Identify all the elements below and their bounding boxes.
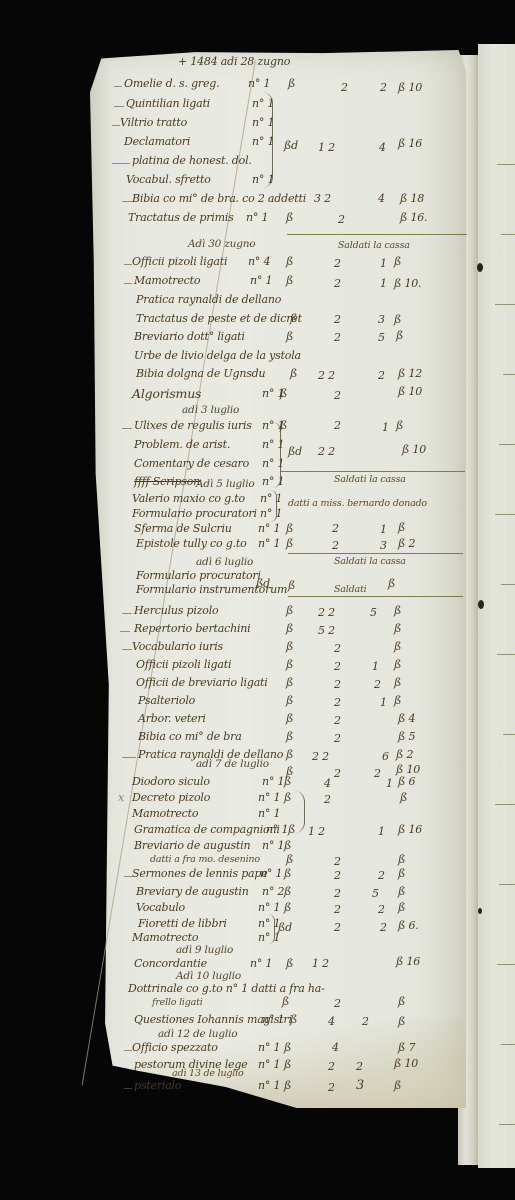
entry-title: Decreto pizolo <box>132 792 210 804</box>
entry-amount: 1 2 <box>312 958 329 970</box>
entry-mark: ß <box>286 212 293 224</box>
entry-amount: ß 16 <box>398 824 422 836</box>
entry-mark: ß <box>286 538 293 550</box>
entry-title: Mamotrecto <box>132 808 198 820</box>
entry-amount: 2 <box>334 870 341 882</box>
section-heading: adì 7 de luglio <box>196 758 269 770</box>
entry-mark: ß <box>284 776 291 788</box>
entry-amount: 2 <box>334 904 341 916</box>
entry-title: Algorismus <box>132 388 201 400</box>
entry-title: psterialo <box>134 1080 181 1092</box>
entry-amount: 1 <box>386 778 393 790</box>
grouping-bracket <box>270 490 277 522</box>
entry-title: Ulixes de regulis iuris <box>134 420 252 432</box>
entry-amount: 4 <box>324 778 331 790</box>
binding-hole <box>477 263 483 272</box>
section-rule <box>280 471 465 472</box>
section-heading: adì 3 luglio <box>182 404 239 416</box>
entry-amount: ß 10 <box>402 444 426 456</box>
entry-amount: ß <box>398 868 405 880</box>
entry-qty: n° 1 <box>262 1014 284 1026</box>
entry-amount: ß 7 <box>398 1042 415 1054</box>
entry-amount: ß 10 <box>398 386 422 398</box>
entry-mark: ß <box>286 256 293 268</box>
entry-qty: n° 1 <box>262 840 284 852</box>
entry-mark: ß <box>290 1014 297 1026</box>
entry-amount: ß <box>394 677 401 689</box>
entry-amount: ß <box>394 605 401 617</box>
entry-title: Omelie d. s. greg. <box>124 78 219 90</box>
entry-title: Psalteriolo <box>138 695 195 707</box>
section-heading: adì 13 de luglio <box>172 1068 243 1080</box>
entry-qty: n° 2 <box>262 886 284 898</box>
entry-amount: 3 <box>380 540 387 552</box>
entry-amount: ß <box>394 314 401 326</box>
section-heading: adì 9 luglio <box>176 944 233 956</box>
entry-note: Saldati <box>334 584 366 596</box>
entry-amount: 2 2 <box>318 607 335 619</box>
entry-qty: n° 1 <box>258 902 280 914</box>
entry-amount: ß 10 <box>394 1058 418 1070</box>
entry-mark: ß <box>288 78 295 90</box>
entry-amount: ß <box>394 256 401 268</box>
entry-amount: 4 <box>328 1016 335 1028</box>
entry-mark: ß <box>284 1080 291 1092</box>
entry-mark: ß <box>286 731 293 743</box>
entry-amount: 3 <box>378 314 385 326</box>
entry-title: Arbor. veteri <box>138 713 206 725</box>
entry-amount: 2 <box>334 679 341 691</box>
entry-title: Diodoro siculo <box>132 776 210 788</box>
entry-mark: ß <box>284 840 291 852</box>
entry-mark: ß <box>280 388 287 400</box>
entry-qty: n° 1 <box>248 78 270 90</box>
entry-amount: 4 <box>332 1042 339 1054</box>
entry-qty: n° 1 <box>258 1042 280 1054</box>
entry-title: Officii pizoli ligati <box>136 659 231 671</box>
entry-amount: 2 <box>374 679 381 691</box>
entry-mark: ß <box>286 641 293 653</box>
entry-amount: 1 2 <box>308 826 325 838</box>
entry-title: Breviary de augustin <box>136 886 249 898</box>
entry-amount: 2 <box>334 332 341 344</box>
entry-title: Viltrio tratto <box>120 117 187 129</box>
entry-title: Quintilian ligati <box>126 98 210 110</box>
section-heading: adì 12 de luglio <box>158 1028 237 1040</box>
entry-amount: 4 <box>378 193 385 205</box>
entry-amount: 2 2 <box>318 370 335 382</box>
entry-title: Sermones de lennis pape <box>132 868 268 880</box>
entry-amount: ß <box>398 996 405 1008</box>
entry-amount: 2 <box>328 1061 335 1073</box>
entry-amount: 2 2 <box>312 751 329 763</box>
entry-amount: ß <box>398 1016 405 1028</box>
entry-mark: ß <box>284 1059 291 1071</box>
grouping-bracket <box>268 914 275 944</box>
entry-amount: 2 <box>356 1061 363 1073</box>
entry-amount: ß <box>398 522 405 534</box>
entry-qty: n° 1 <box>258 1080 280 1092</box>
entry-mark: ß <box>290 368 297 380</box>
entry-title: Valerio maxio co g.to <box>132 493 245 505</box>
section-heading: Adì 5 luglio <box>196 478 255 490</box>
entry-title: Epistole tully co g.to <box>136 538 247 550</box>
entry-mark: ßd <box>288 446 302 458</box>
entry-qty: n° 1 <box>258 792 280 804</box>
column-note: Saldati la cassa <box>334 474 406 486</box>
entry-mark: ß <box>286 605 293 617</box>
entry-amount: 3 <box>356 1080 364 1092</box>
entry-amount: 6 <box>382 751 389 763</box>
entry-amount: 1 <box>380 258 387 270</box>
entry-amount: 5 <box>370 607 377 619</box>
entry-amount: 2 <box>332 540 339 552</box>
entry-amount: ß 6 <box>398 776 415 788</box>
entry-title: Vocabul. sfretto <box>126 174 211 186</box>
section-rule <box>288 553 463 554</box>
section-rule <box>287 234 467 235</box>
entry-amount: 1 <box>372 661 379 673</box>
entry-title: frello ligati <box>152 997 203 1009</box>
entry-amount: 5 2 <box>318 625 335 637</box>
entry-title: Urbe de livio delga de la ystola <box>134 350 301 362</box>
entry-title: Pratica raynaldi de dellano <box>136 294 281 306</box>
entry-qty: n° 1 <box>250 275 272 287</box>
entry-amount: 1 <box>378 826 385 838</box>
entry-qty: n° 1 <box>262 776 284 788</box>
entry-mark: ßd <box>256 578 270 590</box>
entry-amount: ß <box>398 854 405 866</box>
entry-qty: n° 1 <box>258 1059 280 1071</box>
entry-title: Declamatori <box>124 136 190 148</box>
entry-mark: ß <box>284 902 291 914</box>
entry-amount: 2 <box>334 922 341 934</box>
entry-amount: 2 2 <box>318 446 335 458</box>
entry-amount: ß 2 <box>398 538 415 550</box>
column-note: Saldati la cassa <box>334 556 406 568</box>
entry-amount: 2 <box>334 768 341 780</box>
entry-mark: ß <box>288 580 295 592</box>
entry-amount: ß <box>398 902 405 914</box>
entry-amount: ß <box>398 886 405 898</box>
entry-amount: 5 <box>372 888 379 900</box>
entry-title: Bibia co mi° de bra. co 2 addetti <box>132 193 306 205</box>
entry-amount: ß 18 <box>400 193 424 205</box>
entry-amount: ß <box>400 792 407 804</box>
entry-mark: ß <box>286 854 293 866</box>
margin-cross-mark: x <box>118 792 124 804</box>
section-rule <box>288 596 463 597</box>
entry-amount: ß <box>396 330 403 342</box>
entry-amount: 2 <box>328 1082 335 1094</box>
entry-title: Breviario dott° ligati <box>134 331 245 343</box>
entry-amount: ß <box>394 641 401 653</box>
entry-title: Gramatica de compagnioni <box>134 824 280 836</box>
entry-amount: 2 <box>341 82 348 94</box>
entry-amount: ß 16 <box>398 138 422 150</box>
entry-amount: ß 2 <box>396 749 413 761</box>
entry-title: Mamotrecto <box>132 932 198 944</box>
entry-amount: 2 <box>334 661 341 673</box>
binding-hole <box>478 600 484 609</box>
entry-amount: ß <box>396 420 403 432</box>
entry-amount: 2 <box>334 258 341 270</box>
entry-amount: 2 <box>334 697 341 709</box>
entry-title: datti a fra mo. desenino <box>150 854 260 866</box>
entry-amount: ß 6. <box>398 920 419 932</box>
entry-amount: 2 <box>334 715 341 727</box>
entry-mark: ßd <box>284 140 298 152</box>
entry-amount: ß 10 <box>398 82 422 94</box>
entry-amount: 2 <box>334 643 341 655</box>
entry-mark: ß <box>282 996 289 1008</box>
entry-amount: ß <box>394 623 401 635</box>
entry-amount: 2 <box>334 420 341 432</box>
entry-amount: ß 16 <box>396 956 420 968</box>
entry-title: Sferma de Sulcriu <box>134 523 232 535</box>
entry-amount: 2 <box>380 82 387 94</box>
entry-title: Breviario de augustin <box>134 840 250 852</box>
section-heading: Adì 10 luglio <box>176 970 241 982</box>
entry-amount: 2 <box>324 794 331 806</box>
entry-title: Problem. de arist. <box>134 439 230 451</box>
entry-mark: ß <box>286 749 293 761</box>
entry-amount: ß <box>394 695 401 707</box>
entry-mark: ß <box>290 313 297 325</box>
entry-note: datti a miss. bernardo donado <box>288 498 427 510</box>
entry-qty: n° 1 <box>258 523 280 535</box>
entry-title: Vocabulo <box>136 902 185 914</box>
entry-title: Tractatus de peste et de dicret <box>136 313 302 325</box>
entry-amount: 2 <box>380 922 387 934</box>
entry-amount: 2 <box>378 870 385 882</box>
entry-qty: n° 1 <box>250 958 272 970</box>
entry-amount: ß 10. <box>394 278 421 290</box>
entry-mark: ß <box>286 523 293 535</box>
entry-qty: n° 1 <box>258 538 280 550</box>
entry-amount: ß <box>394 1080 401 1092</box>
section-heading: adì 6 luglio <box>196 556 253 568</box>
entry-mark: ß <box>286 713 293 725</box>
entry-mark: ß <box>286 275 293 287</box>
entry-amount: 2 <box>334 314 341 326</box>
entry-amount: 2 <box>334 856 341 868</box>
entry-mark: ß <box>284 792 291 804</box>
grouping-bracket <box>292 790 305 834</box>
binding-hole <box>478 908 482 914</box>
entry-title: Officii pizoli ligati <box>132 256 227 268</box>
entry-title: Mamotrecto <box>134 275 200 287</box>
entry-mark: ß <box>284 886 291 898</box>
section-heading: Adì 30 zugno <box>188 238 255 250</box>
entry-amount: ß 12 <box>398 368 422 380</box>
entry-amount: 2 <box>378 904 385 916</box>
entry-amount: 5 <box>378 332 385 344</box>
entry-title: Officii de breviario ligati <box>136 677 268 689</box>
entry-mark: ß <box>280 420 287 432</box>
entry-amount: 2 <box>334 278 341 290</box>
entry-amount: ß 5 <box>398 731 415 743</box>
entry-amount: 4 <box>379 142 386 154</box>
entry-title: Repertorio bertachini <box>134 623 251 635</box>
entry-amount: 2 <box>338 214 345 226</box>
entry-amount: ß 4 <box>398 713 415 725</box>
entry-mark: ß <box>286 331 293 343</box>
entry-title: Formulario procuratori <box>132 508 257 520</box>
entry-amount: 2 <box>334 733 341 745</box>
entry-title: Tractatus de primis <box>128 212 234 224</box>
entry-amount: 1 <box>380 278 387 290</box>
entry-amount: 1 <box>380 524 387 536</box>
entry-title: Herculus pizolo <box>134 605 218 617</box>
entry-mark: ß <box>286 623 293 635</box>
grouping-bracket <box>262 92 273 188</box>
entry-title: Vocabulario iuris <box>132 641 223 653</box>
entry-qty: n° 1 <box>260 868 282 880</box>
entry-qty: n° 1 <box>266 824 288 836</box>
entry-mark: ß <box>286 695 293 707</box>
entry-amount: 2 <box>374 768 381 780</box>
entry-mark: ß <box>286 677 293 689</box>
entry-mark: ß <box>284 868 291 880</box>
entry-amount: ß <box>394 659 401 671</box>
entry-title: Bibia co mi° de bra <box>138 731 242 743</box>
entry-title: Fioretti de libbri <box>138 918 227 930</box>
entry-amount: 2 <box>362 1016 369 1028</box>
page-header: + 1484 adi 28 zugno <box>178 56 290 68</box>
entry-title: Formulario procuratori <box>136 570 261 582</box>
entry-mark: ß <box>286 958 293 970</box>
entry-amount: 2 <box>334 888 341 900</box>
entry-title-struck: ffff Scripson <box>134 476 200 488</box>
grouping-bracket <box>272 422 281 488</box>
entry-title: Comentary de cesaro <box>134 458 249 470</box>
entry-amount: 1 <box>382 422 389 434</box>
entry-amount: 2 <box>334 998 341 1010</box>
entry-title: Concordantie <box>134 958 207 970</box>
entry-amount: 3 2 <box>314 193 331 205</box>
entry-amount: 2 <box>332 523 339 535</box>
entry-mark: ß <box>284 1042 291 1054</box>
entry-amount: 1 2 <box>318 142 335 154</box>
entry-qty: n° 1 <box>258 808 280 820</box>
entry-title: Bibia dolgna de Ugnsdu <box>136 368 265 380</box>
entry-mark: ß <box>286 659 293 671</box>
entry-qty: n° 1 <box>246 212 268 224</box>
column-note: Saldati la cassa <box>338 240 410 252</box>
entry-amount: ß <box>388 578 395 590</box>
entry-title: Officio spezzato <box>132 1042 218 1054</box>
entry-title: Dottrinale co g.to n° 1 datti a fra ha- <box>128 983 325 995</box>
entry-amount: 2 <box>334 390 341 402</box>
entry-amount: ß 16. <box>400 212 427 224</box>
entry-title: platina de honest. dol. <box>132 155 252 167</box>
entry-amount: 1 <box>380 697 387 709</box>
entry-amount: 2 <box>378 370 385 382</box>
entry-qty: n° 4 <box>248 256 270 268</box>
